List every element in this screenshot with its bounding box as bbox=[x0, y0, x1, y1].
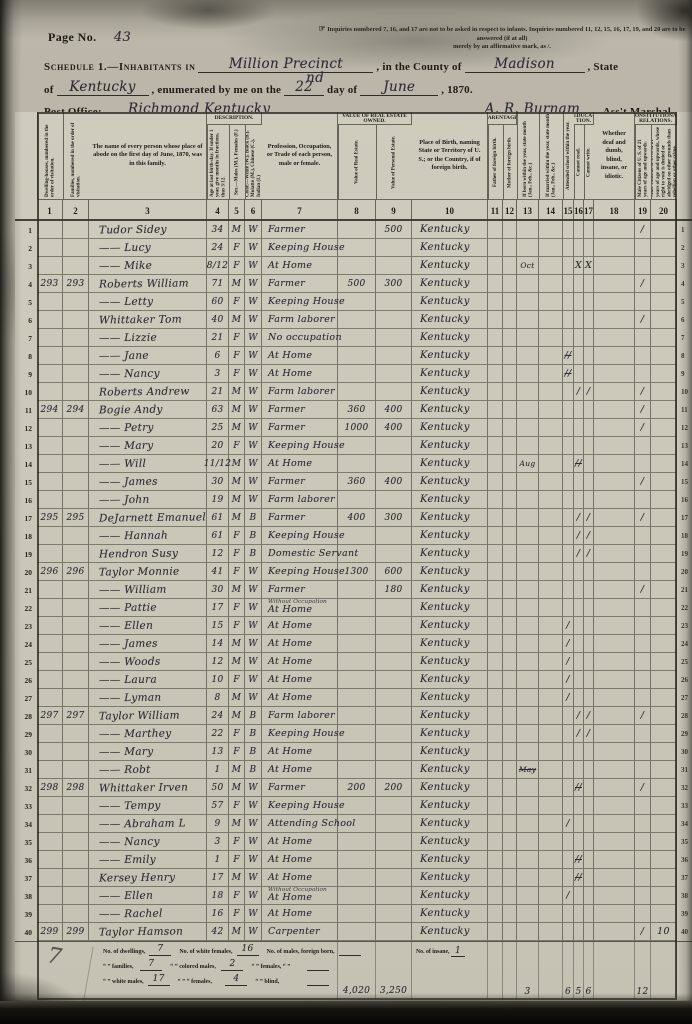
attended-school-cell bbox=[563, 797, 574, 815]
deaf-dumb-cell bbox=[594, 581, 635, 599]
cannot-read-cell: // bbox=[574, 851, 584, 869]
family-number-cell bbox=[63, 581, 89, 599]
attended-school-cell bbox=[563, 275, 574, 293]
male-citizen-cell bbox=[635, 257, 651, 275]
born-month-cell bbox=[517, 437, 539, 455]
born-month-cell bbox=[517, 635, 539, 653]
table-row: 25 —— Woods 12 M W At Home Kentucky / 25 bbox=[15, 653, 692, 671]
cannot-read-cell bbox=[574, 329, 584, 347]
col-num-12: 12 bbox=[503, 199, 517, 219]
occupation-text: Keeping House bbox=[268, 530, 345, 541]
age-cell: 24 bbox=[207, 707, 229, 725]
table-row: 35 —— Nancy 3 F W At Home Kentucky 35 bbox=[15, 833, 692, 851]
sex-cell: F bbox=[229, 239, 245, 257]
mother-foreign-cell bbox=[503, 887, 517, 905]
citizen-denied-cell bbox=[651, 617, 677, 635]
cannot-read-cell bbox=[574, 347, 584, 365]
personal-estate-cell bbox=[376, 671, 412, 689]
instructions-note: ☞ Inquiries numbered 7, 16, and 17 are n… bbox=[318, 24, 686, 52]
citizen-denied-cell bbox=[651, 329, 677, 347]
real-estate-cell bbox=[338, 905, 376, 923]
born-month-cell bbox=[517, 887, 539, 905]
color-cell: W bbox=[245, 689, 262, 707]
personal-estate-cell bbox=[376, 599, 412, 617]
dwelling-number-cell bbox=[37, 257, 63, 275]
color-cell: W bbox=[245, 833, 262, 851]
mother-foreign-cell bbox=[503, 761, 517, 779]
age-cell: 20 bbox=[207, 437, 229, 455]
page-number-label: Page No. bbox=[48, 30, 97, 44]
cannot-read-cell bbox=[574, 401, 584, 419]
name-cell: —— Lizzie bbox=[89, 329, 207, 347]
deaf-dumb-cell bbox=[594, 563, 635, 581]
occupation-cell: Farmer bbox=[262, 419, 338, 437]
state-field: Kentucky bbox=[57, 79, 149, 96]
cannot-read-cell bbox=[574, 473, 584, 491]
occupation-text: Keeping House bbox=[268, 242, 345, 253]
occupation-text: At Home bbox=[268, 872, 312, 883]
males-foreign-label: No. of males, foreign born, bbox=[267, 949, 335, 956]
dwelling-number-cell bbox=[37, 455, 63, 473]
name-text: —— Mary bbox=[99, 745, 154, 758]
row-number-left: 19 bbox=[15, 545, 37, 563]
real-estate-cell: 400 bbox=[338, 509, 376, 527]
sex-cell: M bbox=[229, 419, 245, 437]
occupation-cell: Keeping House bbox=[262, 797, 338, 815]
row-number-right: 19 bbox=[677, 545, 692, 563]
table-row: 19 Hendron Susy 12 F B Domestic Servant … bbox=[15, 545, 692, 563]
age-cell: 21 bbox=[207, 329, 229, 347]
occupation-text: At Home bbox=[268, 350, 312, 361]
family-number-cell bbox=[63, 545, 89, 563]
name-text: Taylor William bbox=[99, 709, 180, 722]
occupation-text: Farmer bbox=[268, 278, 305, 289]
name-cell: —— Lucy bbox=[89, 239, 207, 257]
cannot-read-cell bbox=[574, 239, 584, 257]
sex-cell: F bbox=[229, 725, 245, 743]
table-row: 40 299 299 Taylor Hamson 42 M W Carpente… bbox=[15, 923, 692, 941]
name-cell: —— Rachel bbox=[89, 905, 207, 923]
personal-estate-cell bbox=[376, 635, 412, 653]
personal-estate-cell: 300 bbox=[376, 509, 412, 527]
cannot-write-cell bbox=[584, 833, 594, 851]
table-row: 14 —— Will 11/12 M W At Home Kentucky Au… bbox=[15, 455, 692, 473]
mother-foreign-cell bbox=[503, 797, 517, 815]
col-header-sex: Sex.—Males (M.), Females (F.) bbox=[229, 125, 245, 199]
row-number-right: 34 bbox=[677, 815, 692, 833]
row-number-left: 1 bbox=[15, 221, 37, 239]
citizen-denied-cell bbox=[651, 491, 677, 509]
deaf-dumb-cell bbox=[594, 833, 635, 851]
real-estate-cell bbox=[338, 347, 376, 365]
married-month-cell bbox=[539, 437, 563, 455]
married-month-cell bbox=[539, 599, 563, 617]
occupation-cell: Farm laborer bbox=[262, 491, 338, 509]
age-cell: 21 bbox=[207, 383, 229, 401]
color-cell: W bbox=[245, 491, 262, 509]
table-row: 33 —— Tempy 57 F W Keeping House Kentuck… bbox=[15, 797, 692, 815]
color-cell: W bbox=[245, 851, 262, 869]
real-estate-cell: 1300 bbox=[338, 563, 376, 581]
table-row: 7 —— Lizzie 21 F W No occupation Kentuck… bbox=[15, 329, 692, 347]
attended-school-cell bbox=[563, 869, 574, 887]
occupation-cell: At Home bbox=[262, 761, 338, 779]
dwelling-number-cell bbox=[37, 311, 63, 329]
table-row: 34 —— Abraham L 9 M W Attending School K… bbox=[15, 815, 692, 833]
occupation-text: Farmer bbox=[268, 422, 305, 433]
occupation-cell: Without Occupation At Home bbox=[262, 599, 338, 617]
occupation-cell: At Home bbox=[262, 851, 338, 869]
male-citizen-cell bbox=[635, 635, 651, 653]
deaf-dumb-cell bbox=[594, 671, 635, 689]
table-row: 22 —— Pattie 17 F W Without Occupation A… bbox=[15, 599, 692, 617]
real-estate-cell bbox=[338, 761, 376, 779]
born-month-cell: Aug bbox=[517, 455, 539, 473]
male-citizen-cell bbox=[635, 815, 651, 833]
age-cell: 12 bbox=[207, 545, 229, 563]
name-text: —— John bbox=[99, 493, 150, 506]
row-number-right: 35 bbox=[677, 833, 692, 851]
real-estate-cell bbox=[338, 329, 376, 347]
row-number-left: 10 bbox=[15, 383, 37, 401]
dwelling-number-cell bbox=[37, 527, 63, 545]
row-number-left: 12 bbox=[15, 419, 37, 437]
attended-school-cell bbox=[563, 509, 574, 527]
name-text: Whittaker Irven bbox=[99, 781, 188, 794]
real-estate-cell: 360 bbox=[338, 473, 376, 491]
sex-cell: F bbox=[229, 617, 245, 635]
personal-estate-cell: 500 bbox=[376, 221, 412, 239]
real-estate-cell bbox=[338, 635, 376, 653]
age-cell: 17 bbox=[207, 599, 229, 617]
occupation-cell: Farm laborer bbox=[262, 383, 338, 401]
deaf-dumb-cell bbox=[594, 275, 635, 293]
deaf-dumb-cell bbox=[594, 761, 635, 779]
table-row: 37 Kersey Henry 17 M W At Home Kentucky … bbox=[15, 869, 692, 887]
row-number-right: 23 bbox=[677, 617, 692, 635]
tally-col16: 5 bbox=[574, 942, 584, 1000]
col-num-18: 18 bbox=[594, 199, 635, 219]
birthplace-cell: Kentucky bbox=[412, 527, 488, 545]
attended-school-cell bbox=[563, 419, 574, 437]
row-number-left: 25 bbox=[15, 653, 37, 671]
father-foreign-cell bbox=[488, 257, 503, 275]
of-label: of bbox=[44, 84, 54, 96]
schedule-line2: of Kentucky , enumerated by me on the 22… bbox=[44, 79, 674, 96]
citizen-denied-cell bbox=[651, 797, 677, 815]
citizen-denied-cell bbox=[651, 419, 677, 437]
citizen-denied-cell bbox=[651, 815, 677, 833]
father-foreign-cell bbox=[488, 887, 503, 905]
sex-cell: M bbox=[229, 491, 245, 509]
table-row: 1 Tudor Sidey 34 M W Farmer 500 Kentucky… bbox=[15, 221, 692, 239]
col-header-family: Families, numbered in the order of visit… bbox=[63, 112, 89, 199]
birthplace-cell: Kentucky bbox=[412, 743, 488, 761]
married-month-cell bbox=[539, 473, 563, 491]
group-constitutional: CONSTITUTIONAL RELATIONS. bbox=[635, 112, 677, 125]
family-number-cell: 294 bbox=[63, 401, 89, 419]
table-row: 11 294 294 Bogie Andy 63 M W Farmer 360 … bbox=[15, 401, 692, 419]
occupation-cell: Farmer bbox=[262, 779, 338, 797]
real-estate-cell bbox=[338, 797, 376, 815]
mother-foreign-cell bbox=[503, 599, 517, 617]
occupation-cell: Keeping House bbox=[262, 293, 338, 311]
citizen-denied-cell bbox=[651, 275, 677, 293]
name-cell: —— Hannah bbox=[89, 527, 207, 545]
census-page-scan: Page No. 43 ☞ Inquiries numbered 7, 16, … bbox=[0, 0, 692, 1024]
male-citizen-cell: / bbox=[635, 311, 651, 329]
personal-estate-cell bbox=[376, 527, 412, 545]
age-cell: 8/12 bbox=[207, 257, 229, 275]
mother-foreign-cell bbox=[503, 365, 517, 383]
sex-cell: F bbox=[229, 671, 245, 689]
personal-estate-cell bbox=[376, 365, 412, 383]
family-number-cell bbox=[63, 743, 89, 761]
sex-cell: M bbox=[229, 761, 245, 779]
born-month-cell bbox=[517, 923, 539, 941]
name-text: —— Mary bbox=[99, 439, 154, 452]
deaf-dumb-cell bbox=[594, 797, 635, 815]
name-text: —— Mike bbox=[99, 259, 152, 272]
attended-school-cell bbox=[563, 923, 574, 941]
name-text: —— Lyman bbox=[99, 691, 162, 704]
mother-foreign-cell bbox=[503, 347, 517, 365]
mother-foreign-cell bbox=[503, 275, 517, 293]
occupation-text: At Home bbox=[268, 764, 312, 775]
cannot-write-cell bbox=[584, 779, 594, 797]
mother-foreign-cell bbox=[503, 653, 517, 671]
name-cell: Hendron Susy bbox=[89, 545, 207, 563]
birthplace-cell: Kentucky bbox=[412, 401, 488, 419]
row-number-left: 22 bbox=[15, 599, 37, 617]
deaf-dumb-cell bbox=[594, 779, 635, 797]
male-citizen-cell bbox=[635, 293, 651, 311]
married-month-cell bbox=[539, 815, 563, 833]
color-cell: W bbox=[245, 275, 262, 293]
table-row: 27 —— Lyman 8 M W At Home Kentucky / 27 bbox=[15, 689, 692, 707]
deaf-dumb-cell bbox=[594, 455, 635, 473]
attended-school-cell: / bbox=[563, 653, 574, 671]
deaf-dumb-cell bbox=[594, 617, 635, 635]
occupation-text: Farmer bbox=[268, 476, 305, 487]
occupation-cell: At Home bbox=[262, 635, 338, 653]
born-month-cell bbox=[517, 725, 539, 743]
attended-school-cell bbox=[563, 383, 574, 401]
dwelling-number-cell bbox=[37, 491, 63, 509]
name-cell: Whittaker Irven bbox=[89, 779, 207, 797]
married-month-cell bbox=[539, 653, 563, 671]
row-number-left: 34 bbox=[15, 815, 37, 833]
tally-col17: 6 bbox=[584, 942, 594, 1000]
male-citizen-cell bbox=[635, 797, 651, 815]
family-number-cell bbox=[63, 905, 89, 923]
occupation-text: Farm laborer bbox=[268, 386, 335, 397]
cannot-write-cell bbox=[584, 851, 594, 869]
cannot-read-cell bbox=[574, 815, 584, 833]
family-number-cell bbox=[63, 599, 89, 617]
mother-foreign-cell bbox=[503, 779, 517, 797]
citizen-denied-cell bbox=[651, 437, 677, 455]
footer-spacer bbox=[503, 942, 517, 1000]
cannot-write-cell bbox=[584, 671, 594, 689]
personal-estate-cell bbox=[376, 653, 412, 671]
real-estate-cell bbox=[338, 689, 376, 707]
row-number-left: 39 bbox=[15, 905, 37, 923]
married-month-cell bbox=[539, 743, 563, 761]
male-citizen-cell bbox=[635, 347, 651, 365]
sex-cell: M bbox=[229, 275, 245, 293]
sex-cell: M bbox=[229, 473, 245, 491]
real-estate-cell bbox=[338, 743, 376, 761]
real-estate-cell bbox=[338, 437, 376, 455]
born-month-cell bbox=[517, 905, 539, 923]
name-text: Roberts William bbox=[99, 277, 189, 290]
cannot-read-cell: // bbox=[574, 779, 584, 797]
col-num-14: 14 bbox=[539, 199, 563, 219]
name-cell: —— William bbox=[89, 581, 207, 599]
married-month-cell bbox=[539, 707, 563, 725]
personal-estate-cell: 200 bbox=[376, 779, 412, 797]
married-month-cell bbox=[539, 509, 563, 527]
occupation-cell: Farmer bbox=[262, 581, 338, 599]
dwellings-label: No. of dwellings, bbox=[103, 949, 145, 956]
male-citizen-cell bbox=[635, 833, 651, 851]
cannot-read-cell: // bbox=[574, 869, 584, 887]
birthplace-cell: Kentucky bbox=[412, 329, 488, 347]
col-num-19: 19 bbox=[635, 199, 651, 219]
birthplace-cell: Kentucky bbox=[412, 689, 488, 707]
birthplace-cell: Kentucky bbox=[412, 851, 488, 869]
born-month-cell bbox=[517, 815, 539, 833]
table-row: 28 297 297 Taylor William 24 M B Farm la… bbox=[15, 707, 692, 725]
name-cell: —— Ellen bbox=[89, 617, 207, 635]
name-cell: DeJarnett Emanuel bbox=[89, 509, 207, 527]
row-number-right: 7 bbox=[677, 329, 692, 347]
occupation-text: No occupation bbox=[268, 332, 342, 343]
day-of-label: day of bbox=[327, 84, 357, 96]
citizen-denied-cell bbox=[651, 509, 677, 527]
col-num-1: 1 bbox=[37, 199, 63, 219]
cannot-write-cell bbox=[584, 905, 594, 923]
occupation-cell: At Home bbox=[262, 455, 338, 473]
dwelling-number-cell bbox=[37, 743, 63, 761]
color-cell: W bbox=[245, 365, 262, 383]
row-number-right: 21 bbox=[677, 581, 692, 599]
white-males-label: “ ” white males, bbox=[103, 979, 144, 986]
mother-foreign-cell bbox=[503, 419, 517, 437]
col-header-cannot-write: Cannot write. bbox=[584, 125, 594, 199]
row-number-right: 4 bbox=[677, 275, 692, 293]
married-month-cell bbox=[539, 617, 563, 635]
col-header-male-citizens-denied: Male Citizens of U. S. of 21 years of ag… bbox=[651, 125, 677, 199]
name-text: —— Ellen bbox=[99, 619, 153, 632]
attended-school-cell bbox=[563, 293, 574, 311]
sex-cell: F bbox=[229, 437, 245, 455]
age-cell: 30 bbox=[207, 581, 229, 599]
name-text: Roberts Andrew bbox=[99, 385, 190, 398]
birthplace-cell: Kentucky bbox=[412, 887, 488, 905]
row-number-right: 13 bbox=[677, 437, 692, 455]
row-number-left: 35 bbox=[15, 833, 37, 851]
mother-foreign-cell bbox=[503, 851, 517, 869]
name-text: —— James bbox=[99, 637, 158, 650]
name-cell: Taylor William bbox=[89, 707, 207, 725]
real-estate-cell: 1000 bbox=[338, 419, 376, 437]
age-cell: 63 bbox=[207, 401, 229, 419]
age-cell: 71 bbox=[207, 275, 229, 293]
dwelling-number-cell: 296 bbox=[37, 563, 63, 581]
married-month-cell bbox=[539, 797, 563, 815]
occupation-text: At Home bbox=[268, 458, 312, 469]
name-text: —— Ellen bbox=[99, 889, 153, 902]
citizen-denied-cell bbox=[651, 869, 677, 887]
occupation-text: Farmer bbox=[268, 512, 305, 523]
father-foreign-cell bbox=[488, 545, 503, 563]
father-foreign-cell bbox=[488, 833, 503, 851]
footer-spacer bbox=[651, 942, 677, 1000]
father-foreign-cell bbox=[488, 293, 503, 311]
colored-males-label: “ ” colored males, bbox=[170, 964, 217, 971]
married-month-cell bbox=[539, 761, 563, 779]
row-number-left: 14 bbox=[15, 455, 37, 473]
dwelling-number-cell bbox=[37, 653, 63, 671]
schedule-label: Schedule 1.—Inhabitants in bbox=[44, 61, 196, 73]
cannot-write-cell: / bbox=[584, 707, 594, 725]
father-foreign-cell bbox=[488, 239, 503, 257]
father-foreign-cell bbox=[488, 707, 503, 725]
sex-cell: F bbox=[229, 365, 245, 383]
color-cell: W bbox=[245, 563, 262, 581]
father-foreign-cell bbox=[488, 509, 503, 527]
real-estate-cell bbox=[338, 887, 376, 905]
age-cell: 14 bbox=[207, 635, 229, 653]
real-estate-cell bbox=[338, 833, 376, 851]
deaf-dumb-cell bbox=[594, 257, 635, 275]
deaf-dumb-cell bbox=[594, 905, 635, 923]
county-field: Madison bbox=[465, 56, 585, 73]
table-row: 3 —— Mike 8/12 F W At Home Kentucky Oct … bbox=[15, 257, 692, 275]
sex-cell: M bbox=[229, 689, 245, 707]
color-cell: W bbox=[245, 311, 262, 329]
father-foreign-cell bbox=[488, 923, 503, 941]
mother-foreign-cell bbox=[503, 743, 517, 761]
name-text: Taylor Monnie bbox=[99, 565, 180, 578]
citizen-denied-cell bbox=[651, 905, 677, 923]
occupation-cell: Carpenter bbox=[262, 923, 338, 941]
family-number-cell: 296 bbox=[63, 563, 89, 581]
family-number-cell bbox=[63, 239, 89, 257]
row-number-left: 8 bbox=[15, 347, 37, 365]
born-month-cell: May bbox=[517, 761, 539, 779]
father-foreign-cell bbox=[488, 905, 503, 923]
row-number-right: 6 bbox=[677, 311, 692, 329]
dwelling-number-cell bbox=[37, 437, 63, 455]
birthplace-cell: Kentucky bbox=[412, 275, 488, 293]
male-citizen-cell bbox=[635, 743, 651, 761]
deaf-dumb-cell bbox=[594, 527, 635, 545]
mother-foreign-cell bbox=[503, 455, 517, 473]
col-num-15: 15 bbox=[563, 199, 574, 219]
family-number-cell bbox=[63, 311, 89, 329]
attended-school-cell bbox=[563, 239, 574, 257]
name-text: —— Laura bbox=[99, 673, 157, 686]
col-header-real-estate: Value of Real Estate. bbox=[338, 125, 376, 199]
name-text: —— Nancy bbox=[99, 367, 160, 380]
deaf-dumb-cell bbox=[594, 329, 635, 347]
cannot-read-cell: / bbox=[574, 545, 584, 563]
personal-estate-cell bbox=[376, 239, 412, 257]
attended-school-cell bbox=[563, 779, 574, 797]
